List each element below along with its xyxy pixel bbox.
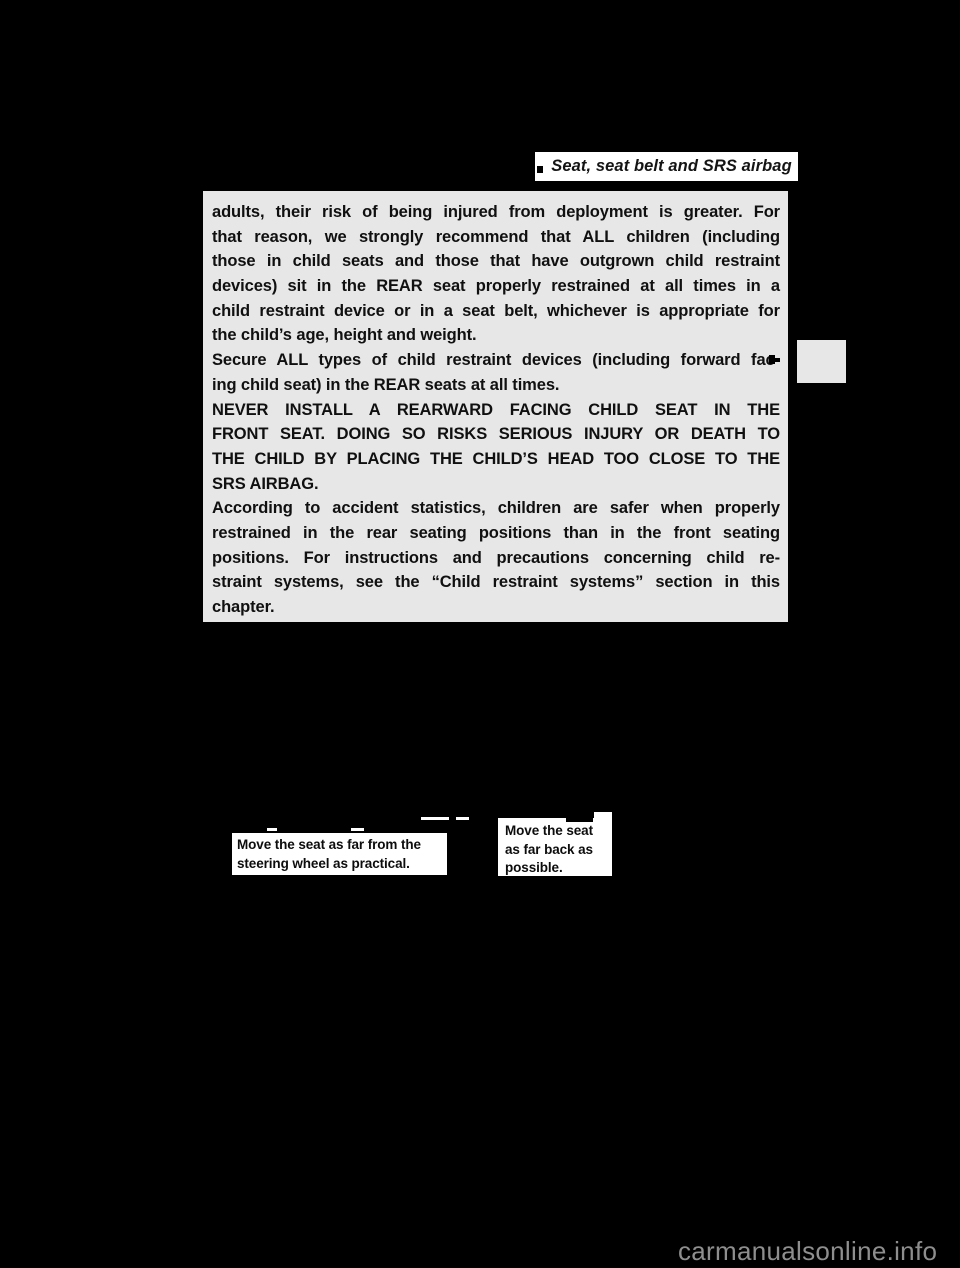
warning-line: devices) sit in the REAR seat properly r… bbox=[212, 274, 780, 299]
warning-line: chapter. bbox=[212, 595, 780, 620]
warning-line: adults, their risk of being injured from… bbox=[212, 200, 780, 225]
caption-line: as far back as bbox=[505, 841, 612, 860]
scan-artifact-speck bbox=[267, 828, 277, 831]
scan-artifact-speck bbox=[421, 817, 449, 820]
warning-line: According to accident statistics, childr… bbox=[212, 496, 780, 521]
header-edge-mark bbox=[537, 166, 543, 173]
section-header-title: Seat, seat belt and SRS airbag bbox=[541, 157, 792, 176]
warning-line: THE CHILD BY PLACING THE CHILD’S HEAD TO… bbox=[212, 447, 780, 472]
warning-line: straint systems, see the “Child restrain… bbox=[212, 570, 780, 595]
warning-line: NEVER INSTALL A REARWARD FACING CHILD SE… bbox=[212, 398, 780, 423]
scan-artifact-speck bbox=[594, 812, 612, 820]
scan-artifact-mark bbox=[774, 358, 780, 362]
caption-line: possible. bbox=[505, 859, 612, 878]
caption-line: Move the seat bbox=[505, 822, 612, 841]
warning-line: Secure ALL types of child restraint devi… bbox=[212, 348, 780, 373]
warning-line: that reason, we strongly recommend that … bbox=[212, 225, 780, 250]
caption-passenger-seat: Move the seat as far back as possible. bbox=[498, 818, 612, 876]
warning-line: the child’s age, height and weight. bbox=[212, 323, 780, 348]
caption-driver-seat: Move the seat as far from the steering w… bbox=[232, 833, 447, 875]
chapter-tab-marker bbox=[797, 340, 846, 383]
warning-line: FRONT SEAT. DOING SO RISKS SERIOUS INJUR… bbox=[212, 422, 780, 447]
warning-line: positions. For instructions and precauti… bbox=[212, 546, 780, 571]
scan-artifact-notch bbox=[566, 818, 593, 822]
warning-line: those in child seats and those that have… bbox=[212, 249, 780, 274]
warning-line: SRS AIRBAG. bbox=[212, 472, 780, 497]
manual-page: Seat, seat belt and SRS airbag adults, t… bbox=[0, 0, 960, 1268]
warning-text-box: adults, their risk of being injured from… bbox=[203, 191, 788, 622]
caption-line: Move the seat as far from the bbox=[237, 836, 447, 855]
warning-line: ing child seat) in the REAR seats at all… bbox=[212, 373, 780, 398]
scan-artifact-speck bbox=[351, 828, 364, 831]
caption-line: steering wheel as practical. bbox=[237, 855, 447, 874]
section-header: Seat, seat belt and SRS airbag bbox=[535, 152, 798, 181]
warning-line: child restraint device or in a seat belt… bbox=[212, 299, 780, 324]
warning-line: restrained in the rear seating positions… bbox=[212, 521, 780, 546]
watermark: carmanualsonline.info bbox=[678, 1236, 948, 1267]
scan-artifact-speck bbox=[456, 817, 469, 820]
